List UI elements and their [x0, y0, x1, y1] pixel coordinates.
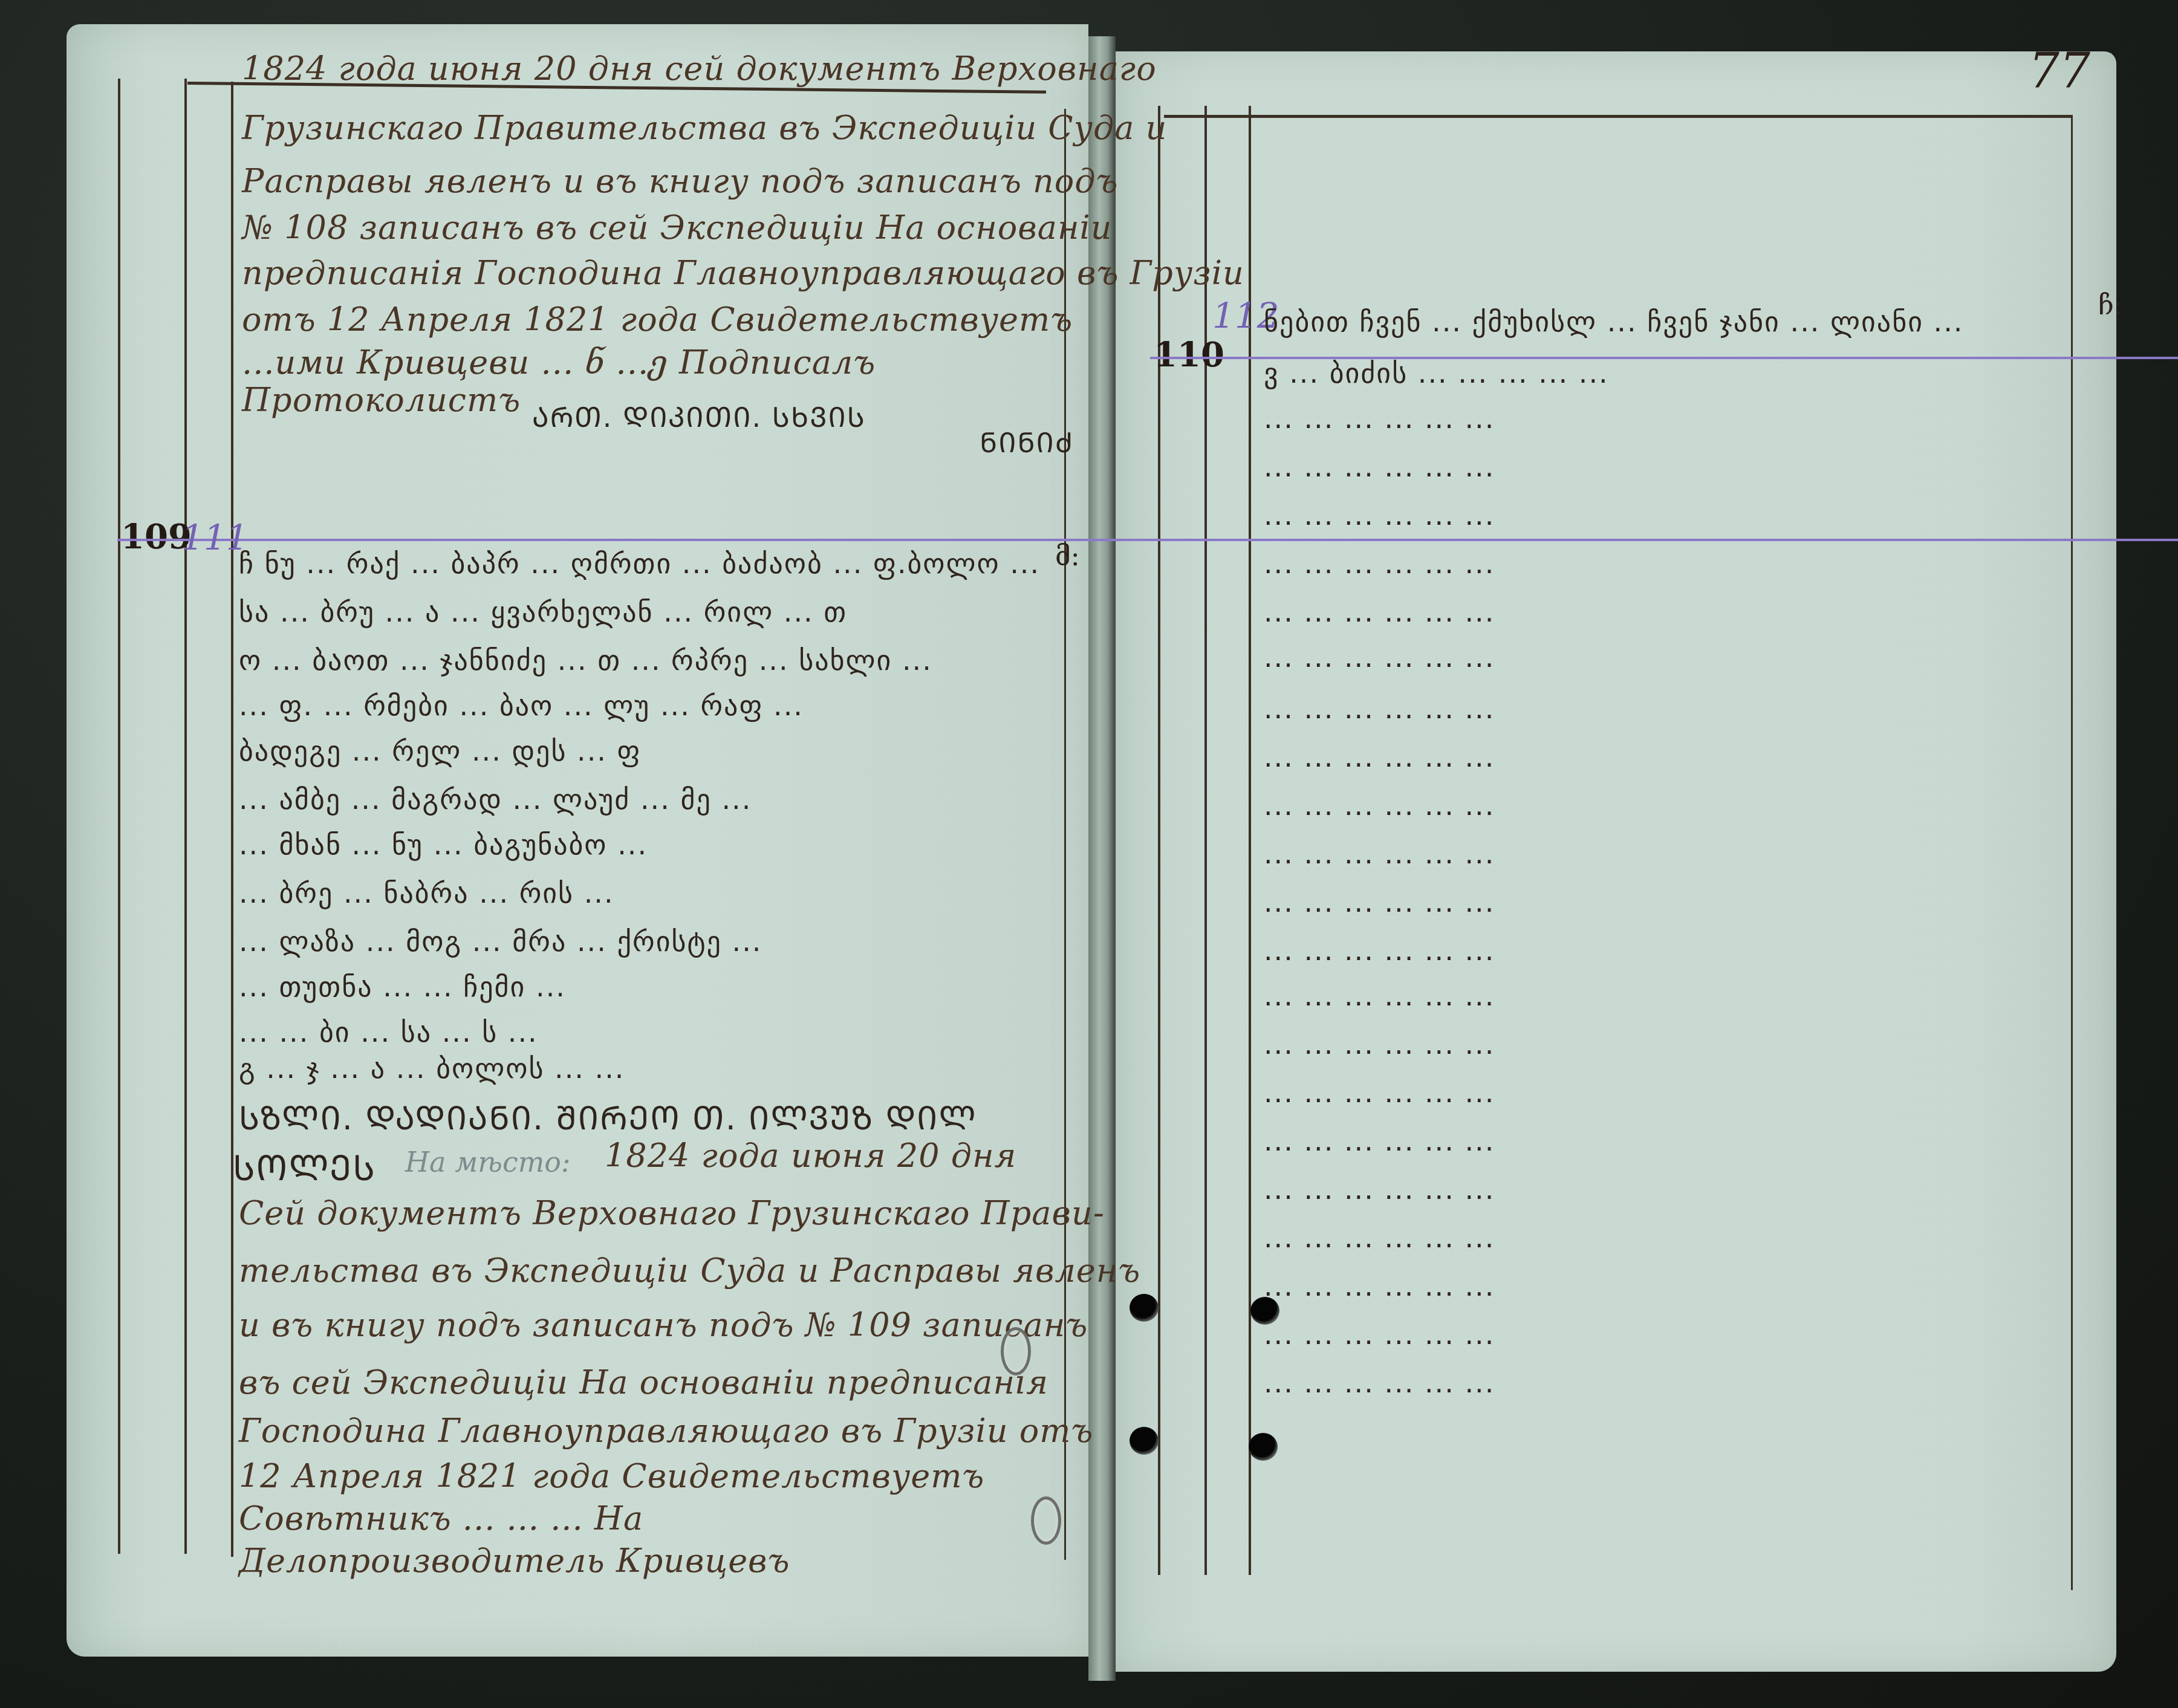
georgian-line: ... მხან ... ნუ ... ბაგუნაბო ... — [239, 828, 648, 861]
georgian-line: ... ... ... ... ... ... — [1264, 499, 1495, 531]
right-entry-side-mark: ჩ: — [2098, 290, 2123, 321]
entry-1-line: № 108 записанъ въ сей Экспедиціи На осно… — [242, 209, 1113, 247]
registration-line: и въ книгу подъ записанъ подъ № 109 запи… — [239, 1306, 1088, 1344]
punch-hole — [1130, 1294, 1159, 1322]
right-column-rule-2 — [1204, 106, 1207, 1575]
registration-line: 12 Апреля 1821 года Свидетельствуетъ — [239, 1457, 984, 1495]
georgian-line: ... ... ... ... ... ... — [1264, 1028, 1495, 1060]
folio-number: 77 — [2029, 42, 2090, 99]
georgian-line: ... ... ... ... ... ... — [1264, 886, 1495, 918]
georgian-line: ო ... ბაოთ ... ჯანნიძე ... თ ... რპრე ..… — [239, 644, 932, 677]
georgian-line: ... ამბე ... მაგრად ... ლაუძ ... მე ... — [239, 783, 752, 816]
georgian-line: ... ... ... ... ... ... — [1264, 1173, 1495, 1206]
entry-1-line: Расправы явленъ и въ книгу подъ записанъ… — [242, 162, 1119, 200]
punch-hole — [1249, 1433, 1278, 1461]
georgian-line: ... ... ... ... ... ... — [1264, 1318, 1495, 1351]
entry-1-line: 1824 года июня 20 дня сей документъ Верх… — [242, 50, 1157, 88]
georgian-line: ... ... ... ... ... ... — [1264, 641, 1495, 674]
punch-hole — [1250, 1297, 1279, 1325]
left-column-rule-3 — [231, 82, 233, 1557]
georgian-line: ვ ... ბიძის ... ... ... ... ... — [1264, 357, 1609, 389]
georgian-line: ... ... ... ... ... ... — [1264, 1366, 1495, 1399]
entry-1-flourish: ᲜᲘᲜᲘᲫ — [980, 423, 1074, 461]
left-column-rule-1 — [118, 79, 120, 1554]
georgian-line: ... ... ... ... ... ... — [1264, 741, 1495, 773]
right-column-rule-1 — [1158, 106, 1160, 1575]
registration-line: Господина Главноуправляющаго въ Грузіи о… — [239, 1412, 1093, 1450]
entry-1-georgian-signature: ᲐᲠᲗ. ᲓᲘᲙᲘᲗᲘ. ᲡᲮᲕᲘᲡ — [532, 398, 866, 435]
georgian-line: გ ... ჯ ... ა ... ბოლოს ... ... — [239, 1052, 625, 1085]
registration-line: тельства въ Экспедиціи Суда и Расправы я… — [239, 1252, 1140, 1290]
binding-thread-loop — [1001, 1327, 1031, 1375]
entry-1-line: Протоколистъ — [242, 381, 521, 419]
georgian-line: ბადეგე ... რელ ... დეს ... ფ — [239, 735, 641, 767]
georgian-line: ... ... ... ... ... ... — [1264, 692, 1495, 725]
registration-line: Сей документъ Верховнаго Грузинскаго Пра… — [239, 1194, 1105, 1232]
georgian-line: სა ... ბრუ ... ა ... ყვარხელან ... რილ .… — [239, 596, 847, 628]
georgian-line: ... ფ. ... რმები ... ბაო ... ლუ ... რაფ … — [239, 689, 804, 722]
entry-1-line: отъ 12 Апреля 1821 года Свидетельствуетъ — [242, 300, 1073, 339]
georgian-line: ჩ ნუ ... რაქ ... ბაპრ ... ღმრთი ... ბაძა… — [239, 547, 1040, 580]
georgian-line: ... ... ... ... ... ... — [1264, 789, 1495, 822]
georgian-line: ... ბრე ... ნაბრა ... რის ... — [239, 877, 614, 909]
entry-1-line: Грузинскаго Правительства въ Экспедиціи … — [242, 109, 1167, 147]
georgian-line: ... ... ... ... ... ... — [1264, 1270, 1495, 1302]
georgian-line: ნებით ჩვენ ... ქმუხისლ ... ჩვენ ჯანი ...… — [1264, 305, 1963, 338]
georgian-line: ... ... ... ... ... ... — [1264, 450, 1495, 483]
georgian-line: ... ... ბი ... სა ... ს ... — [239, 1016, 538, 1048]
entry-1-line: предписанія Господина Главноуправляющаго… — [242, 254, 1244, 292]
entry-2-side-mark: მ: — [1055, 541, 1080, 572]
registration-line: Совѣтникъ ... ... ... На — [239, 1499, 643, 1538]
binding-thread-loop — [1031, 1496, 1061, 1545]
georgian-line: ... ... ... ... ... ... — [1264, 402, 1495, 435]
georgian-line: ... ლაზა ... მოგ ... მრა ... ქრისტე ... — [239, 925, 762, 958]
georgian-signature: ᲡᲖᲚᲘ. ᲓᲐᲓᲘᲐᲜᲘ. ᲨᲘᲠᲔᲝ Თ. ᲘᲚᲕᲣᲖ ᲓᲘᲚ — [239, 1094, 977, 1139]
georgian-line: ... ... ... ... ... ... — [1264, 837, 1495, 870]
left-column-rule-2 — [184, 79, 187, 1554]
right-header-rule — [1164, 115, 2071, 118]
georgian-line: ... ... ... ... ... ... — [1264, 596, 1495, 628]
punch-hole — [1130, 1427, 1159, 1455]
georgian-line: ... თუთნა ... ... ჩემი ... — [239, 970, 566, 1003]
georgian-line: ... ... ... ... ... ... — [1264, 547, 1495, 580]
registration-line: 1824 года июня 20 дня — [605, 1137, 1016, 1175]
pencil-note: На мѣсто: — [405, 1146, 570, 1178]
georgian-line: ... ... ... ... ... ... — [1264, 979, 1495, 1012]
registration-line: въ сей Экспедиціи На основаніи предписан… — [239, 1363, 1048, 1401]
georgian-line: ... ... ... ... ... ... — [1264, 1125, 1495, 1157]
entry-1-line: ...ими Кривцеви ... ნ ...ე Подписалъ — [242, 343, 876, 382]
registration-line: Делопроизводитель Кривцевъ — [239, 1542, 790, 1580]
georgian-line: ... ... ... ... ... ... — [1264, 1221, 1495, 1254]
georgian-line: ... ... ... ... ... ... — [1264, 934, 1495, 967]
georgian-signature-mark: ᲡᲝᲚᲔᲡ — [233, 1143, 376, 1190]
georgian-line: ... ... ... ... ... ... — [1264, 1076, 1495, 1109]
